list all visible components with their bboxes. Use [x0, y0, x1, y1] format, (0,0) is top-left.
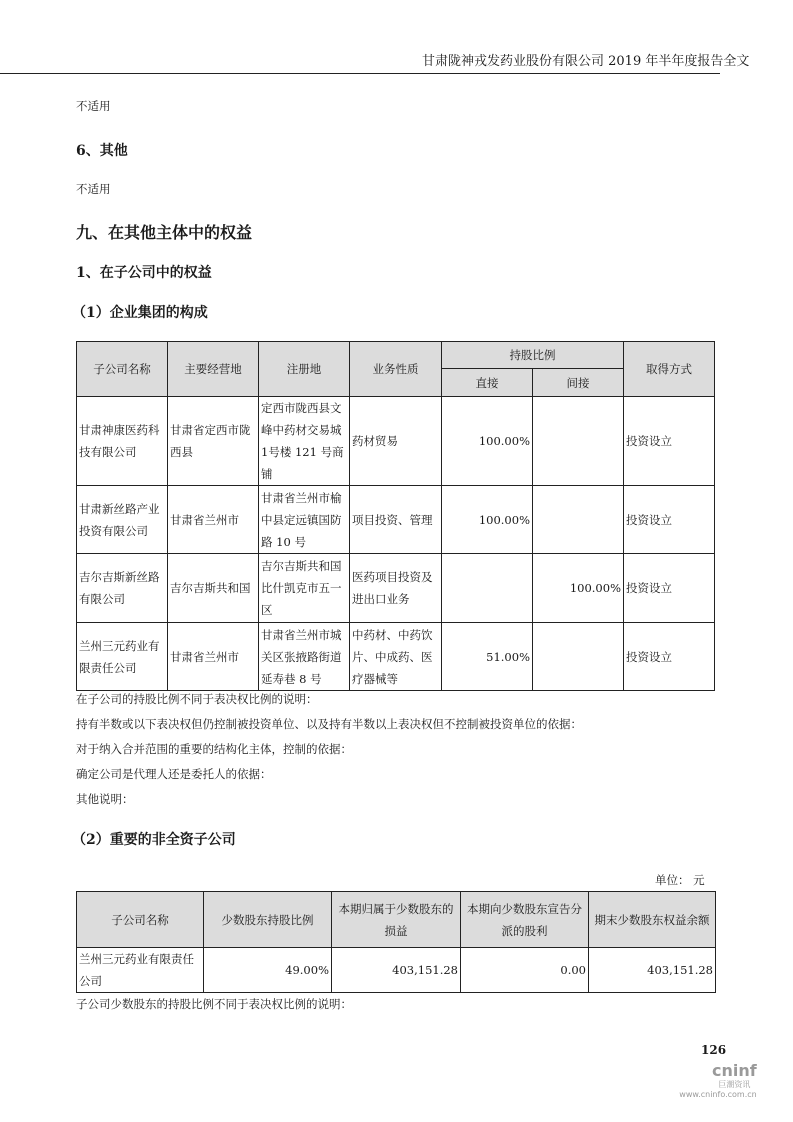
header-divider	[0, 73, 720, 74]
not-applicable-text: 不适用	[76, 98, 111, 114]
cell-indirect	[533, 623, 624, 691]
header-subsidiary-name: 子公司名称	[77, 342, 168, 397]
header-main-place: 主要经营地	[168, 342, 259, 397]
cell-name: 兰州三元药业有限责任公司	[77, 623, 168, 691]
header-holding-ratio: 持股比例	[442, 342, 624, 369]
note-line: 持有半数或以下表决权但仍控制被投资单位、以及持有半数以上表决权但不控制被投资单位…	[76, 716, 582, 732]
page-header-title: 甘肃陇神戎发药业股份有限公司 2019 年半年度报告全文	[422, 50, 749, 69]
non-wholly-owned-heading: （2）重要的非全资子公司	[72, 829, 236, 849]
not-applicable-text: 不适用	[76, 181, 111, 197]
header-acquisition-method: 取得方式	[624, 342, 715, 397]
cell-profit: 403,151.28	[332, 948, 461, 993]
cell-name: 甘肃神康医药科技有限公司	[77, 397, 168, 486]
cell-indirect	[533, 486, 624, 554]
cell-direct	[442, 554, 533, 623]
cell-indirect	[533, 397, 624, 486]
table-row: 兰州三元药业有限责任公司 甘肃省兰州市 甘肃省兰州市城关区张掖路街道延寿巷 8 …	[77, 623, 715, 691]
footer-note: 子公司少数股东的持股比例不同于表决权比例的说明：	[76, 996, 352, 1012]
table-row: 兰州三元药业有限责任公司 49.00% 403,151.28 0.00 403,…	[77, 948, 716, 993]
group-structure-heading: （1）企业集团的构成	[72, 302, 208, 322]
cell-business: 医药项目投资及进出口业务	[350, 554, 442, 623]
cell-main-place: 吉尔吉斯共和国	[168, 554, 259, 623]
cell-balance: 403,151.28	[589, 948, 716, 993]
cell-acquisition: 投资设立	[624, 486, 715, 554]
cell-business: 药材贸易	[350, 397, 442, 486]
cell-dividend: 0.00	[461, 948, 589, 993]
note-line: 对于纳入合并范围的重要的结构化主体，控制的依据：	[76, 741, 352, 757]
cell-registered: 甘肃省兰州市榆中县定远镇国防路 10 号	[259, 486, 350, 554]
cell-ratio: 49.00%	[204, 948, 332, 993]
subsidiary-structure-table: 子公司名称 主要经营地 注册地 业务性质 持股比例 取得方式 直接 间接 甘肃神…	[76, 341, 715, 691]
section-heading: 1、在子公司中的权益	[76, 262, 212, 282]
note-line: 确定公司是代理人还是委托人的依据：	[76, 766, 272, 782]
cell-direct: 100.00%	[442, 486, 533, 554]
header-business-nature: 业务性质	[350, 342, 442, 397]
cell-registered: 吉尔吉斯共和国比什凯克市五一区	[259, 554, 350, 623]
chapter-heading: 九、在其他主体中的权益	[76, 220, 252, 243]
cell-main-place: 甘肃省兰州市	[168, 486, 259, 554]
cell-acquisition: 投资设立	[624, 397, 715, 486]
cell-business: 项目投资、管理	[350, 486, 442, 554]
header-registered-place: 注册地	[259, 342, 350, 397]
unit-label: 单位： 元	[655, 872, 705, 888]
cninfo-logo-cn: 巨潮资讯	[712, 1079, 757, 1090]
cell-direct: 51.00%	[442, 623, 533, 691]
note-line: 其他说明：	[76, 791, 134, 807]
cell-main-place: 甘肃省兰州市	[168, 623, 259, 691]
table-row: 甘肃新丝路产业投资有限公司 甘肃省兰州市 甘肃省兰州市榆中县定远镇国防路 10 …	[77, 486, 715, 554]
cell-name: 兰州三元药业有限责任公司	[77, 948, 204, 993]
header-minority-balance: 期末少数股东权益余额	[589, 892, 716, 948]
cell-acquisition: 投资设立	[624, 554, 715, 623]
header-minority-profit: 本期归属于少数股东的损益	[332, 892, 461, 948]
table-row: 甘肃神康医药科技有限公司 甘肃省定西市陇西县 定西市陇西县文峰中药材交易城1号楼…	[77, 397, 715, 486]
header-direct: 直接	[442, 369, 533, 397]
note-line: 在子公司的持股比例不同于表决权比例的说明：	[76, 691, 318, 707]
cell-registered: 定西市陇西县文峰中药材交易城1号楼 121 号商铺	[259, 397, 350, 486]
cell-business: 中药材、中药饮片、中成药、医疗器械等	[350, 623, 442, 691]
header-minority-dividend: 本期向少数股东宣告分派的股利	[461, 892, 589, 948]
cell-name: 吉尔吉斯新丝路有限公司	[77, 554, 168, 623]
non-wholly-owned-table: 子公司名称 少数股东持股比例 本期归属于少数股东的损益 本期向少数股东宣告分派的…	[76, 891, 716, 993]
cell-indirect: 100.00%	[533, 554, 624, 623]
cell-acquisition: 投资设立	[624, 623, 715, 691]
table-row: 吉尔吉斯新丝路有限公司 吉尔吉斯共和国 吉尔吉斯共和国比什凯克市五一区 医药项目…	[77, 554, 715, 623]
cninfo-logo-text: cninf	[712, 1063, 757, 1079]
cell-direct: 100.00%	[442, 397, 533, 486]
cninfo-url: www.cninfo.com.cn	[672, 1090, 757, 1099]
header-subsidiary-name: 子公司名称	[77, 892, 204, 948]
cell-registered: 甘肃省兰州市城关区张掖路街道延寿巷 8 号	[259, 623, 350, 691]
header-minority-ratio: 少数股东持股比例	[204, 892, 332, 948]
other-heading: 6、其他	[76, 140, 128, 160]
cell-name: 甘肃新丝路产业投资有限公司	[77, 486, 168, 554]
cninfo-watermark: cninf 巨潮资讯 www.cninfo.com.cn	[712, 1063, 757, 1099]
cell-main-place: 甘肃省定西市陇西县	[168, 397, 259, 486]
page-number: 126	[701, 1043, 726, 1057]
header-indirect: 间接	[533, 369, 624, 397]
